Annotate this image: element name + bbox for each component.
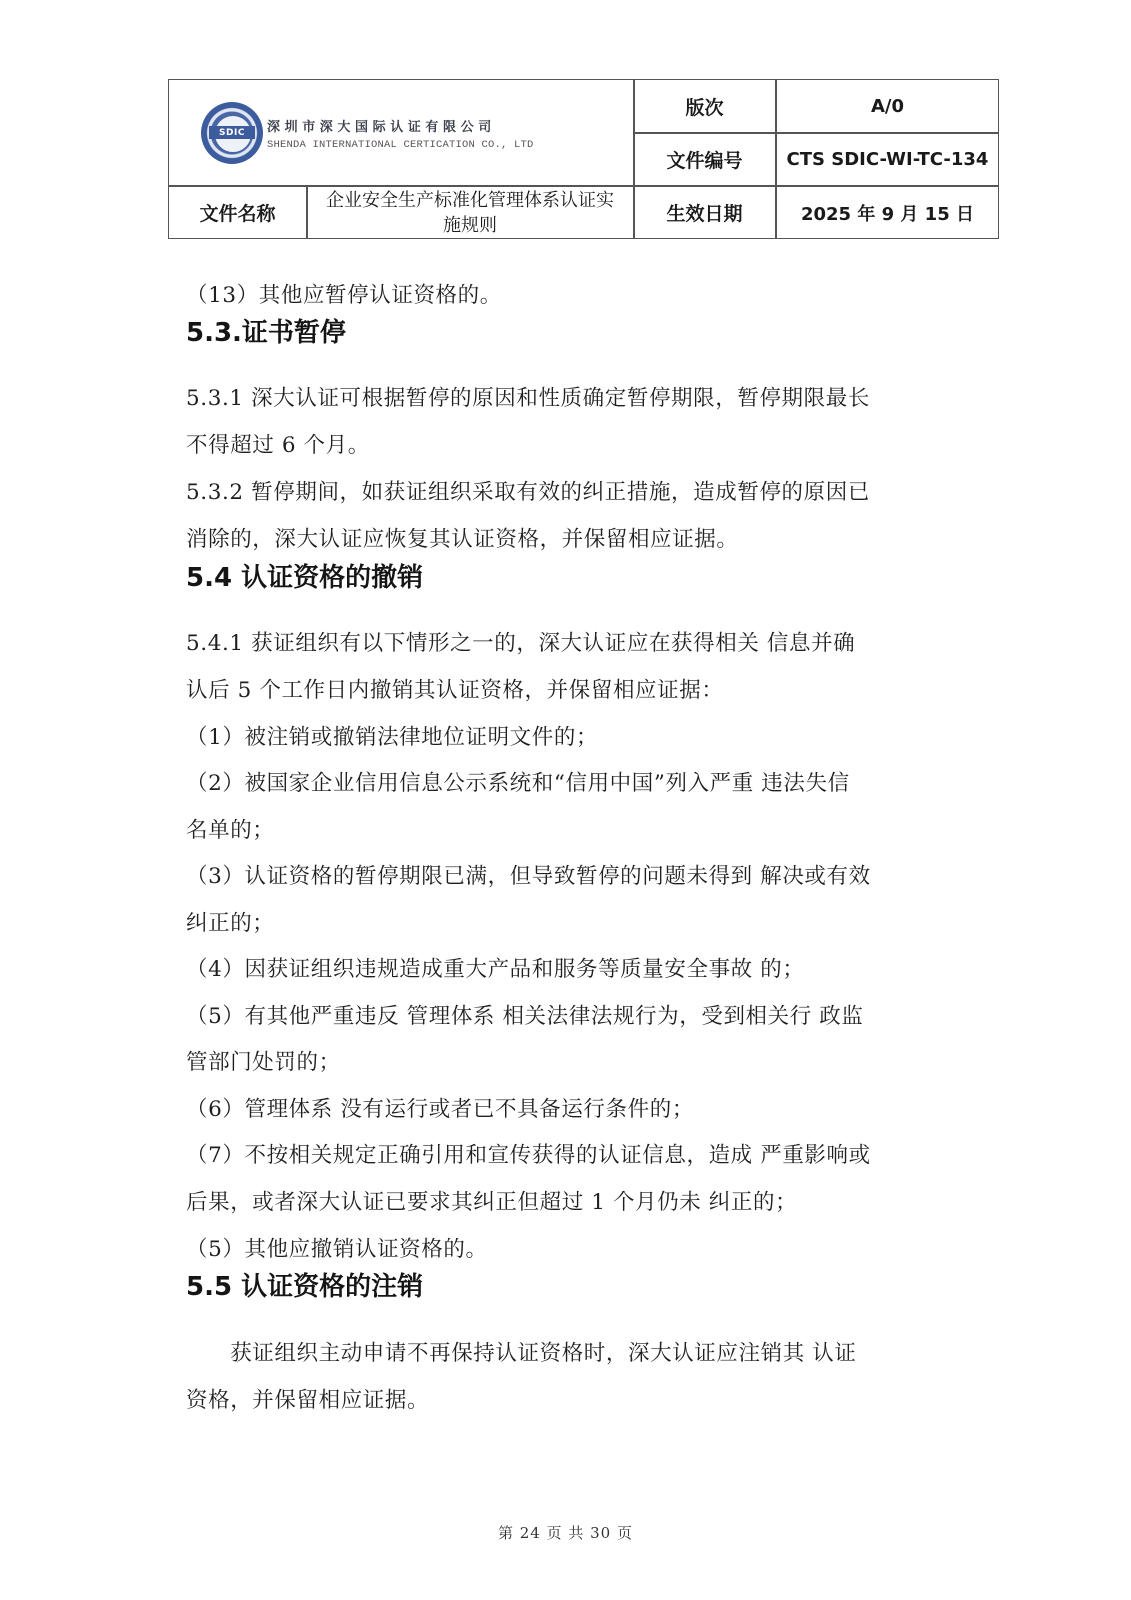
list-item: （4）因获证组织违规造成重大产品和服务等质量安全事故 的；: [186, 952, 804, 983]
paragraph-line: 消除的，深大认证应恢复其认证资格，并保留相应证据。: [186, 522, 739, 553]
page-number-footer: 第 24 页 共 30 页: [0, 1522, 1131, 1543]
list-item: （7）不按相关规定正确引用和宣传获得的认证信息，造成 严重影响或: [186, 1138, 871, 1169]
paragraph-line: 5.3.2 暂停期间，如获证组织采取有效的纠正措施，造成暂停的原因已: [186, 475, 870, 506]
paragraph-line: 5.4.1 获证组织有以下情形之一的，深大认证应在获得相关 信息并确: [186, 626, 855, 657]
section-heading-5-5: 5.5 认证资格的注销: [186, 1266, 423, 1303]
list-item: 名单的；: [186, 813, 274, 844]
version-label: 版次: [634, 80, 775, 132]
version-value: A/0: [776, 80, 999, 132]
list-item: （5）有其他严重违反 管理体系 相关法律法规行为，受到相关行 政监: [186, 999, 864, 1030]
paragraph-line: 获证组织主动申请不再保持认证资格时，深大认证应注销其 认证: [186, 1336, 856, 1367]
company-logo-block: SDIC 深圳市深大国际认证有限公司 SHENDA INTERNATIONAL …: [201, 102, 534, 164]
list-item: （2）被国家企业信用信息公示系统和“信用中国”列入严重 违法失信: [186, 766, 850, 797]
paragraph-line: 5.3.1 深大认证可根据暂停的原因和性质确定暂停期限，暂停期限最长: [186, 381, 870, 412]
doc-number-value: CTS SDIC-WI-TC-134: [776, 133, 999, 185]
list-item: （3）认证资格的暂停期限已满，但导致暂停的问题未得到 解决或有效: [186, 859, 871, 890]
doc-number-label: 文件编号: [634, 133, 775, 185]
list-item: 管部门处罚的；: [186, 1045, 341, 1076]
list-item: （1）被注销或撤销法律地位证明文件的；: [186, 720, 598, 751]
list-item: （5）其他应撤销认证资格的。: [186, 1232, 488, 1263]
list-item: 后果，或者深大认证已要求其纠正但超过 1 个月仍未 纠正的；: [186, 1185, 797, 1216]
doc-name-label: 文件名称: [169, 186, 306, 239]
doc-name-value: 企业安全生产标准化管理体系认证实施规则: [307, 186, 633, 239]
list-item: （6）管理体系 没有运行或者已不具备运行条件的；: [186, 1092, 694, 1123]
list-item: 纠正的；: [186, 906, 274, 937]
paragraph-line: （13）其他应暂停认证资格的。: [186, 278, 502, 309]
company-name-cn: 深圳市深大国际认证有限公司: [267, 116, 534, 135]
company-name-en: SHENDA INTERNATIONAL CERTICATION CO., LT…: [267, 139, 534, 151]
paragraph-line: 资格，并保留相应证据。: [186, 1383, 429, 1414]
paragraph-line: 认后 5 个工作日内撤销其认证资格，并保留相应证据：: [186, 673, 723, 704]
effective-date-value: 2025 年 9 月 15 日: [776, 186, 999, 239]
document-header-table: SDIC 深圳市深大国际认证有限公司 SHENDA INTERNATIONAL …: [168, 79, 999, 239]
section-heading-5-3: 5.3.证书暂停: [186, 312, 346, 349]
paragraph-line: 不得超过 6 个月。: [186, 428, 370, 459]
company-logo-icon: SDIC: [201, 102, 263, 164]
section-heading-5-4: 5.4 认证资格的撤销: [186, 557, 423, 594]
effective-date-label: 生效日期: [634, 186, 775, 239]
document-page: SDIC 深圳市深大国际认证有限公司 SHENDA INTERNATIONAL …: [0, 0, 1131, 1600]
